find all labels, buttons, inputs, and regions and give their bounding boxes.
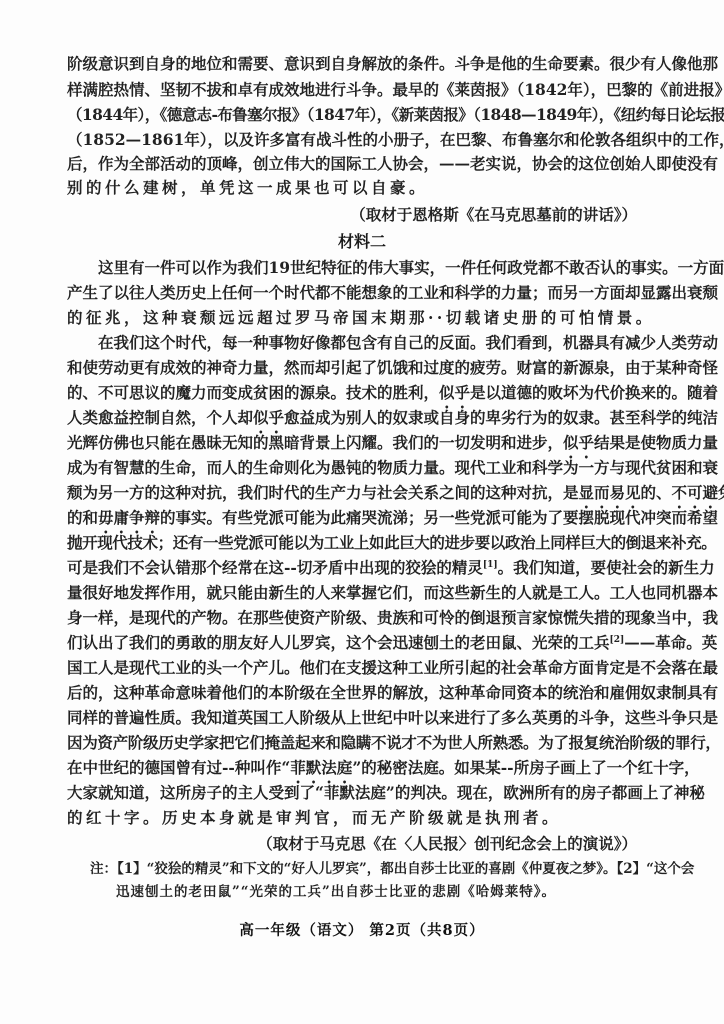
material-one-line-6: 别的什么建树，单凭这一成果也可以自豪。 — [67, 176, 637, 200]
emphasized-text: 似乎 — [439, 383, 470, 402]
material-two-source: （取材于马克思《在〈人民报〉创刊纪念会上的演说》） — [257, 832, 637, 856]
material-two-p2-line-3: 的、不可思议的魔力而变成贫困的源泉。技术的胜利，似乎是以道德的败坏为代价换来的。… — [67, 381, 637, 405]
text-segment: 的、不可思议的魔力而变成贫困的源泉。技术的胜利， — [67, 383, 439, 402]
material-one-line-3: （1844年），《德意志-布鲁塞尔报》（1847年），《新莱茵报》（1848—1… — [67, 103, 637, 127]
material-two-p2-line-7: 颓为另一方的这种对抗，我们时代的生产力与社会关系之间的这种对抗，是显而易见的、不… — [67, 481, 637, 505]
material-one-line-2: 样满腔热情、坚韧不拔和卓有成效地进行斗争。最早的《莱茵报》（1842年），巴黎的… — [67, 78, 637, 102]
footnote-ref-1: [1] — [483, 560, 498, 570]
material-two-p2-line-13: 们认出了我们的勇敢的朋友好人儿罗宾，这个会迅速刨土的老田鼠、光荣的工兵[2]——… — [67, 631, 637, 655]
material-one-line-1: 阶级意识到自身的地位和需要、意识到自身解放的条件。斗争是他的生命要素。很少有人像… — [67, 52, 637, 76]
material-two-p2-line-9: 抛开现代技术；还有一些党派可能以为工业上如此巨大的进步要以政治上同样巨大的倒退来… — [67, 531, 637, 555]
text-segment: ——革命。英 — [624, 633, 717, 652]
material-two-p2-line-4: 人类愈益控制自然，个人却似乎愈益成为别人的奴隶或自身的卑劣行为的奴隶。甚至科学的… — [67, 406, 637, 430]
text-segment: 的、 — [641, 483, 672, 502]
text-segment: 。我们知道，要使社会的新生力 — [498, 558, 715, 577]
emphasized-text: 毋庸争辩 — [98, 508, 160, 527]
material-two-p2-line-6: 成为有智慧的生命，而人的生命则化为愚钝的物质力量。现代工业和科学为一方与现代贫困… — [67, 456, 637, 480]
material-two-p2-line-17: 因为资产阶级历史学家把它们掩盖起来和隐瞒不说才不为世人所熟悉。为了报复统治阶级的… — [67, 731, 637, 755]
material-two-p2-line-2: 和使劳动更有成效的神奇力量，然而却引起了饥饿和过度的疲劳。财富的新源泉，由于某种… — [67, 356, 637, 380]
emphasized-text: 不可避免 — [672, 483, 724, 502]
material-two-p2-line-18: 在中世纪的德国曾有过--种叫作“菲默法庭”的秘密法庭。如果某--所房子画上了一个… — [67, 756, 637, 780]
emphasized-text: 似乎 — [563, 433, 594, 452]
text-segment: 颓为另一方的这种对抗，我们时代的生产力与社会关系之间的这种对抗，是 — [67, 483, 579, 502]
text-segment: 光辉仿佛也只能在愚昧无知的黑暗背景上闪耀。我们的一切发明和进步， — [67, 433, 563, 452]
emphasized-text: 菲默法庭 — [290, 758, 352, 777]
text-segment: 愈益成为别人的奴隶或自身的卑劣行为的奴隶。甚至科学的纯洁 — [284, 408, 718, 427]
material-two-p2-line-14: 国工人是现代工业的头一个产儿。他们在支援这种工业所引起的社会革命方面肯定是不会落… — [67, 656, 637, 680]
text-segment: 是以道德的败坏为代价换来的。随着 — [470, 383, 718, 402]
text-segment: 可是我们不会认错那个经常在这--切矛盾中出现的狡狯的精灵 — [67, 558, 483, 577]
material-two-p2-line-20: 的红十字。历史本身就是审判官，而无产阶级就是执刑者。 — [67, 806, 637, 830]
material-one-source: （取材于恩格斯《在马克思墓前的讲话》） — [350, 203, 637, 227]
material-two-p2-line-19: 大家就知道，这所房子的主人受到了“菲默法庭”的判决。现在，欧洲所有的房子都画上了… — [67, 781, 637, 805]
material-two-heading: 材料二 — [0, 230, 724, 254]
emphasized-text: 似乎 — [253, 408, 284, 427]
material-two-p1-line-3: 的征兆，这种衰颓远远超过罗马帝国末期那··切载诸史册的可怕情景。 — [67, 306, 637, 330]
text-segment: ”的秘密法庭。如果某--所房子画上了一个红十字， — [352, 758, 699, 777]
text-segment: 结果是使物质力量 — [594, 433, 718, 452]
text-segment: 的和 — [67, 508, 98, 527]
material-two-p1-line-2: 产生了以往人类历史上任何一个时代都不能想象的工业和科学的力量；而另一方面却显露出… — [67, 281, 637, 305]
footnote-line-2: 迅速刨土的老田鼠”“光荣的工兵”出自莎士比亚的悲剧《哈姆莱特》。 — [116, 881, 556, 903]
material-two-p2-line-11: 量很好地发挥作用，就只能由新生的人来掌握它们，而这些新生的人就是工人。工人也同机… — [67, 581, 637, 605]
material-one-line-4: （1852—1861年），以及许多富有战斗性的小册子，在巴黎、布鲁塞尔和伦敦各组… — [67, 128, 637, 152]
text-segment: 们认出了我们的勇敢的朋友好人儿罗宾，这个会迅速刨土的老田鼠、光荣的工兵 — [67, 633, 610, 652]
material-two-p2-line-8: 的和毋庸争辩的事实。有些党派可能为此痛哭流涕；另一些党派可能为了要摆脱现代冲突而… — [67, 506, 637, 530]
material-two-p2-line-1: 在我们这个时代，每一种事物好像都包含有自己的反面。我们看到，机器具有减少人类劳动 — [98, 331, 637, 355]
material-two-p1-line-1: 这里有一件可以作为我们19世纪特征的伟大事实，一件任何政党都不敢否认的事实。一方… — [98, 256, 637, 280]
text-segment: 的事实。有些党派可能为此痛哭流涕；另一些党派可能为了要摆脱现代冲突而希望 — [160, 508, 718, 527]
exam-page: 阶级意识到自身的地位和需要、意识到自身解放的条件。斗争是他的生命要素。很少有人像… — [0, 0, 724, 1024]
page-footer: 高一年级（语文） 第2页（共8页） — [0, 920, 724, 942]
text-segment: 在中世纪的德国曾有过--种叫作“ — [67, 758, 290, 777]
footnote-ref-2: [2] — [610, 635, 625, 645]
material-two-p2-line-10: 可是我们不会认错那个经常在这--切矛盾中出现的狡狯的精灵[1]。我们知道，要使社… — [67, 556, 637, 580]
emphasized-text: 显而易见 — [579, 483, 641, 502]
material-two-p2-line-16: 同样的普遍性质。我知道英国工人阶级从上世纪中叶以来进行了多么英勇的斗争，这些斗争… — [67, 706, 637, 730]
material-two-p2-line-15: 后的，这种革命意味着他们的本阶级在全世界的解放，这种革命同资本的统治和雇佣奴隶制… — [67, 681, 637, 705]
material-two-p2-line-5: 光辉仿佛也只能在愚昧无知的黑暗背景上闪耀。我们的一切发明和进步，似乎结果是使物质… — [67, 431, 637, 455]
material-one-line-5: 后，作为全部活动的顶峰，创立伟大的国际工人协会，——老实说，协会的这位创始人即使… — [67, 152, 637, 176]
footnote-line-1: 注：【1】“狡狯的精灵”和下文的“好人儿罗宾”，都出自莎士比亚的喜剧《仲夏夜之梦… — [90, 858, 636, 880]
text-segment: 人类愈益控制自然，个人却 — [67, 408, 253, 427]
material-two-p2-line-12: 身一样，是现代的产物。在那些使资产阶级、贵族和可怜的倒退预言家惊慌失措的现象当中… — [67, 606, 637, 630]
